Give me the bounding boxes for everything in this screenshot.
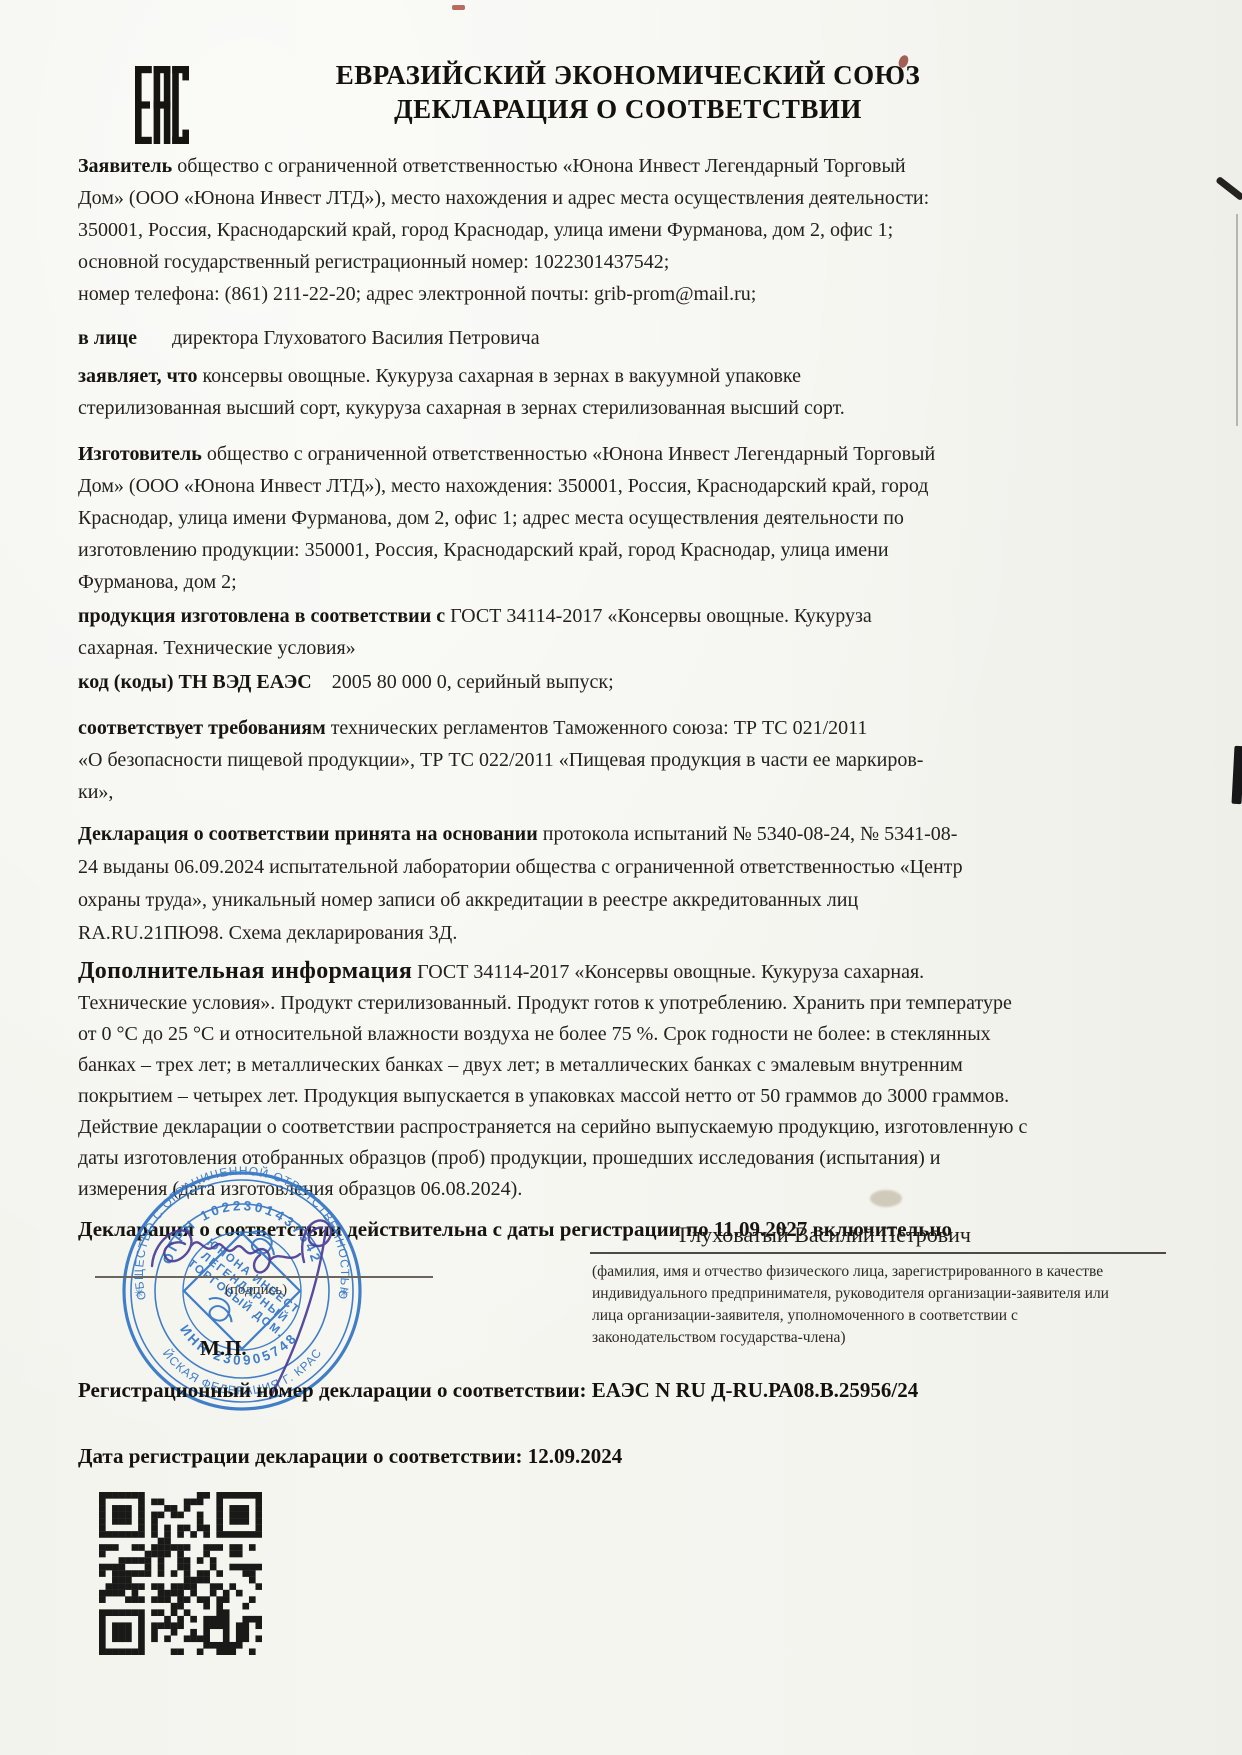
signature-caption: (подпись)	[176, 1282, 336, 1299]
title-line-2: ДЕКЛАРАЦИЯ О СООТВЕТСТВИИ	[14, 92, 1242, 126]
paragraph-tnved-code: код (коды) ТН ВЭД ЕАЭС 2005 80 000 0, се…	[78, 666, 1183, 698]
title-line-1: ЕВРАЗИЙСКИЙ ЭКОНОМИЧЕСКИЙ СОЮЗ	[14, 58, 1242, 92]
paragraph-declaration-basis: Декларация о соответствии принята на осн…	[78, 818, 1183, 950]
registration-number-line: Регистрационный номер декларации о соотв…	[78, 1378, 918, 1403]
paragraph-declares: заявляет, что консервы овощные. Кукуруза…	[78, 360, 1183, 424]
document-body: Заявитель общество с ограниченной ответс…	[78, 150, 1183, 1245]
paragraph-complies-with: соответствует требованиям технических ре…	[78, 712, 1183, 808]
paragraph-manufacturer: Изготовитель общество с ограниченной отв…	[78, 438, 1183, 598]
signature-line	[95, 1276, 433, 1278]
scan-artifact-smudge	[870, 1190, 902, 1207]
document-title: ЕВРАЗИЙСКИЙ ЭКОНОМИЧЕСКИЙ СОЮЗ ДЕКЛАРАЦИ…	[0, 58, 1242, 126]
scan-artifact-red-tick	[452, 5, 465, 10]
declaration-of-conformity-document: ЕВРАЗИЙСКИЙ ЭКОНОМИЧЕСКИЙ СОЮЗ ДЕКЛАРАЦИ…	[0, 0, 1242, 1755]
signatory-name-note: (фамилия, имя и отчество физического лиц…	[592, 1261, 1167, 1349]
signatory-name: Глуховатый Василий Петрович	[590, 1222, 1060, 1248]
scan-artifact-page-edge	[1236, 214, 1238, 426]
paragraph-made-according-to: продукция изготовлена в соответствии с Г…	[78, 600, 1183, 664]
qr-code-icon	[99, 1492, 262, 1655]
scan-artifact-dark-slash	[1215, 176, 1242, 201]
paragraph-applicant: Заявитель общество с ограниченной ответс…	[78, 150, 1098, 310]
stamp-place-label: М.П.	[200, 1336, 247, 1361]
signatory-name-line	[590, 1252, 1166, 1254]
registration-date-line: Дата регистрации декларации о соответств…	[78, 1444, 622, 1469]
scan-artifact-black-streak	[1231, 746, 1242, 804]
paragraph-represented-by: в лице директора Глуховатого Василия Пет…	[78, 322, 1183, 354]
